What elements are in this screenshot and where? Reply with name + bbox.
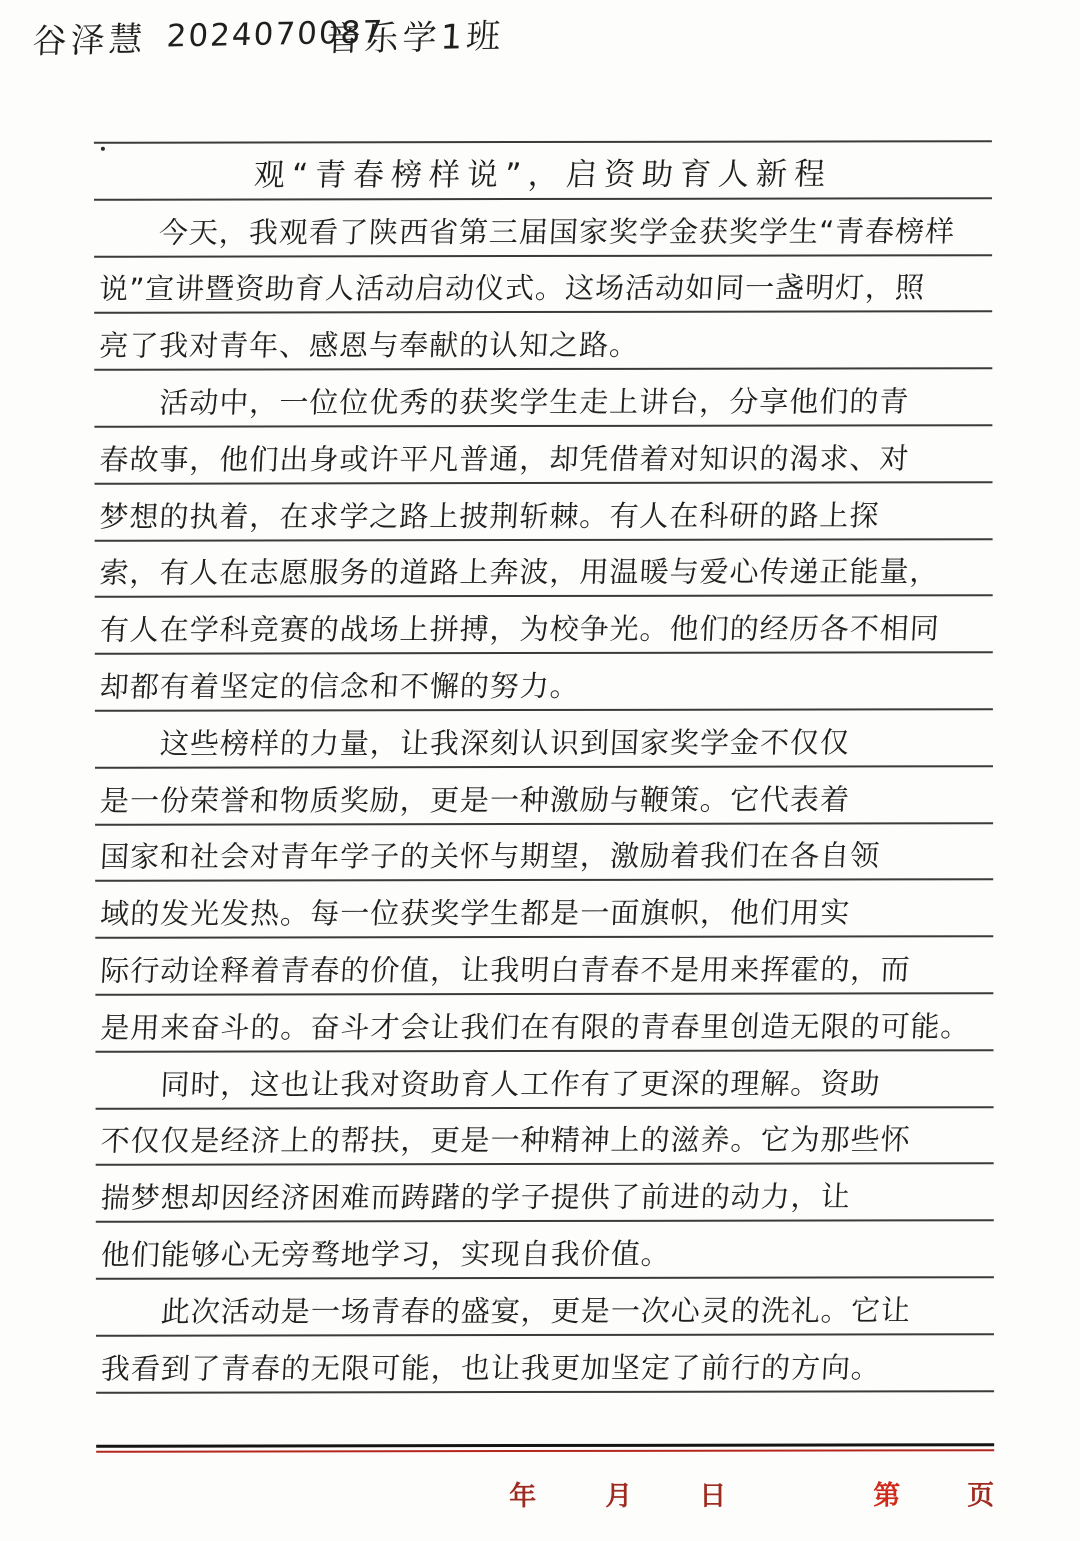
essay-line: 说”宣讲暨资助育人活动启动仪式。这场活动如同一盏明灯，照: [98, 265, 1040, 313]
essay-line: 这些榜样的力量，让我深刻认识到国家奖学金不仅仅: [99, 719, 1041, 767]
footer-month-label: 月: [605, 1474, 632, 1513]
ruled-line: [94, 140, 992, 144]
student-name: 谷泽慧: [31, 12, 148, 63]
essay-line: 索，有人在志愿服务的道路上奔波，用温暖与爱心传递正能量，: [98, 549, 1040, 597]
essay-line: 却都有着坚定的信念和不懈的努力。: [99, 662, 1041, 710]
footer-page-prefix-label: 第: [873, 1473, 900, 1512]
essay-line: 是一份荣誉和物质奖励，更是一种激励与鞭策。它代表着: [99, 776, 1041, 824]
footer-rule-red: [96, 1449, 994, 1453]
essay-line: 活动中，一位位优秀的获奖学生走上讲台，分享他们的青: [98, 378, 1040, 426]
essay-line: 梦想的执着，在求学之路上披荆斩棘。有人在科研的路上探: [98, 492, 1040, 540]
scanned-sheet: 谷泽慧 2024070087 音乐学1班 观“青春榜样说”，启资助育人新程 今天…: [0, 0, 1080, 1541]
essay-line: 亮了我对青年、感恩与奉献的认知之路。: [98, 321, 1040, 369]
essay-line: 此次活动是一场青春的盛宴，更是一次心灵的洗礼。它让: [100, 1287, 1042, 1335]
essay-line: 域的发光发热。每一位获奖学生都是一面旗帜，他们用实: [99, 889, 1041, 937]
essay-body: 今天，我观看了陕西省第三届国家奖学金获奖学生“青春榜样 说”宣讲暨资助育人活动启…: [0, 0, 1079, 1]
essay-line: 春故事，他们出身或许平凡普通，却凭借着对知识的渴求、对: [98, 435, 1040, 483]
pen-mark: [101, 147, 105, 151]
essay-line: 不仅仅是经济上的帮扶，更是一种精神上的滋养。它为那些怀: [99, 1117, 1041, 1165]
essay-line: 是用来奋斗的。奋斗才会让我们在有限的青春里创造无限的可能。: [99, 1003, 1041, 1051]
essay-line: 我看到了青春的无限可能，也让我更加坚定了前行的方向。: [100, 1344, 1042, 1392]
essay-line: 他们能够心无旁骛地学习，实现自我价值。: [100, 1230, 1042, 1278]
essay-line: 今天，我观看了陕西省第三届国家奖学金获奖学生“青春榜样: [98, 208, 1040, 256]
essay-line: 际行动诠释着青春的价值，让我明白青春不是用来挥霍的，而: [99, 946, 1041, 994]
footer-rule-black: [96, 1443, 994, 1448]
essay-title: 观“青春榜样说”，启资助育人新程: [93, 151, 993, 199]
ruled-lines: [0, 0, 1079, 1]
handwritten-header: 谷泽慧 2024070087 音乐学1班: [27, 6, 647, 67]
essay-line: 同时，这也让我对资助育人工作有了更深的理解。资助: [99, 1060, 1041, 1108]
class-name: 音乐学1班: [325, 9, 505, 61]
footer-year-label: 年: [509, 1474, 536, 1513]
essay-line: 有人在学科竞赛的战场上拼搏，为校争光。他们的经历各不相同: [99, 605, 1041, 653]
footer-page-suffix-label: 页: [967, 1473, 994, 1512]
essay-line: 揣梦想却因经济困难而踌躇的学子提供了前进的动力，让: [100, 1173, 1042, 1221]
footer-day-label: 日: [699, 1474, 726, 1513]
essay-line: 国家和社会对青年学子的关怀与期望，激励着我们在各自领: [99, 833, 1041, 881]
